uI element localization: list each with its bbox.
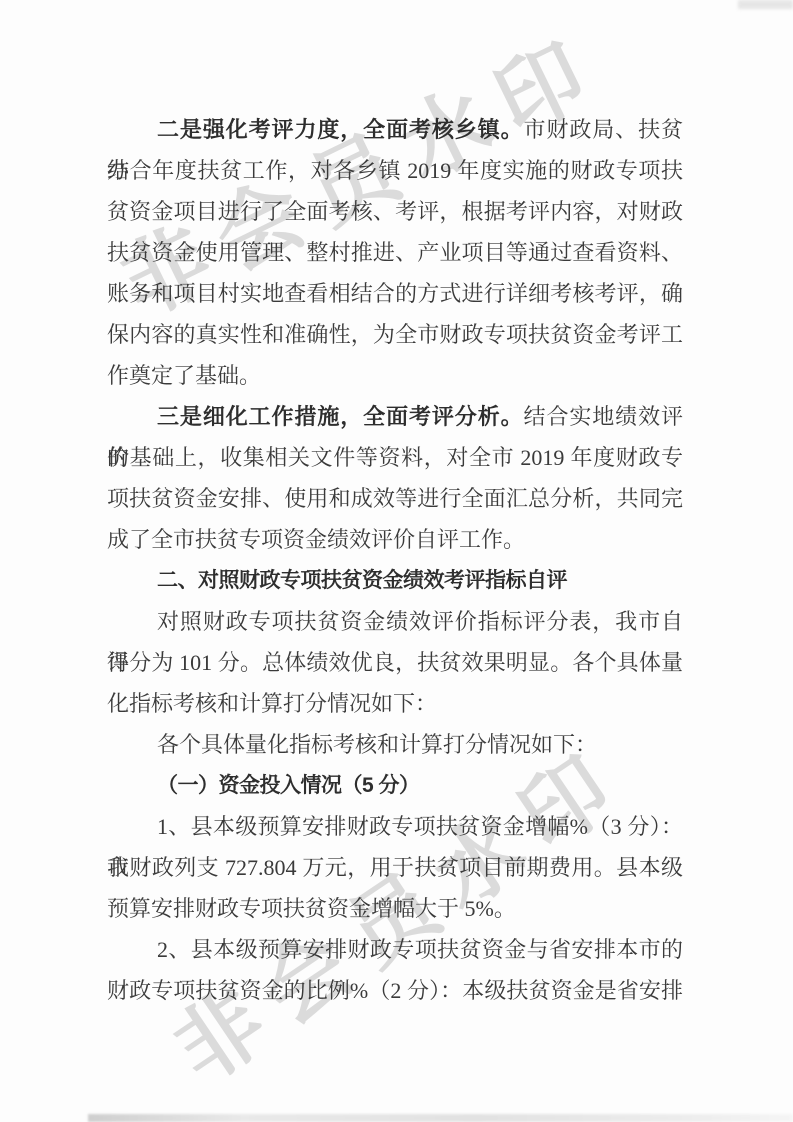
doc-line: 财政专项扶贫资金的比例%（2 分）：本级扶贫资金是省安排 xyxy=(107,970,683,1011)
text-run: 贫资金项目进行了全面考核、考评，根据考评内容，对财政 xyxy=(107,199,683,224)
doc-line: 扶贫资金使用管理、整村推进、产业项目等通过查看资料、 xyxy=(107,232,683,273)
scan-artifact-bottom-edge xyxy=(88,1114,793,1122)
text-run: 化指标考核和计算打分情况如下： xyxy=(107,691,437,716)
text-run: 2、县本级预算安排财政专项扶贫资金与省安排本市的 xyxy=(157,937,683,962)
text-run: 市财政列支 727.804 万元，用于扶贫项目前期费用。县本级 xyxy=(107,855,683,880)
scan-artifact-top-right xyxy=(738,0,793,9)
text-run: 账务和项目村实地查看相结合的方式进行详细考核考评，确 xyxy=(107,281,683,306)
doc-line: 保内容的真实性和准确性，为全市财政专项扶贫资金考评工 xyxy=(107,314,683,355)
text-run: 的基础上，收集相关文件等资料，对全市 2019 年度财政专 xyxy=(107,445,683,470)
doc-line: 市财政列支 727.804 万元，用于扶贫项目前期费用。县本级 xyxy=(107,847,683,888)
text-run: 保内容的真实性和准确性，为全市财政专项扶贫资金考评工 xyxy=(107,322,683,347)
text-run: 扶贫资金使用管理、整村推进、产业项目等通过查看资料、 xyxy=(107,240,683,265)
doc-line: 化指标考核和计算打分情况如下： xyxy=(107,683,683,724)
doc-line: 2、县本级预算安排财政专项扶贫资金与省安排本市的 xyxy=(107,929,683,970)
doc-line: 账务和项目村实地查看相结合的方式进行详细考核考评，确 xyxy=(107,273,683,314)
text-run: 项扶贫资金安排、使用和成效等进行全面汇总分析，共同完 xyxy=(107,486,683,511)
heading-text: 二、对照财政专项扶贫资金绩效考评指标自评 xyxy=(157,569,567,592)
document-body: 二是强化考评力度，全面考核乡镇。市财政局、扶贫办 结合年度扶贫工作，对各乡镇 2… xyxy=(107,109,683,1011)
doc-line: 项扶贫资金安排、使用和成效等进行全面汇总分析，共同完 xyxy=(107,478,683,519)
bold-lead-run: 三是细化工作措施，全面考评分析。 xyxy=(157,404,524,429)
text-run: 成了全市扶贫专项资金绩效评价自评工作。 xyxy=(107,527,525,552)
doc-line: 三是细化工作措施，全面考评分析。结合实地绩效评价 xyxy=(107,396,683,437)
heading-text: （一）资金投入情况（5 分） xyxy=(157,774,420,797)
text-run: 各个具体量化指标考核和计算打分情况如下： xyxy=(157,732,597,757)
doc-line: 各个具体量化指标考核和计算打分情况如下： xyxy=(107,724,683,765)
document-page: 非会员水印 非会员水印 二是强化考评力度，全面考核乡镇。市财政局、扶贫办 结合年… xyxy=(0,0,793,1122)
text-run: 财政专项扶贫资金的比例%（2 分）：本级扶贫资金是省安排 xyxy=(107,978,683,1003)
text-run: 作奠定了基础。 xyxy=(107,363,261,388)
text-run: 结合年度扶贫工作，对各乡镇 2019 年度实施的财政专项扶 xyxy=(107,158,683,183)
doc-line: 贫资金项目进行了全面考核、考评，根据考评内容，对财政 xyxy=(107,191,683,232)
doc-line: 二是强化考评力度，全面考核乡镇。市财政局、扶贫办 xyxy=(107,109,683,150)
heading-subsection-1: （一）资金投入情况（5 分） xyxy=(107,765,683,806)
text-run: 得分为 101 分。总体绩效优良，扶贫效果明显。各个具体量 xyxy=(107,650,683,675)
doc-line: 1、县本级预算安排财政专项扶贫资金增幅%（3 分）：我 xyxy=(107,806,683,847)
doc-line: 成了全市扶贫专项资金绩效评价自评工作。 xyxy=(107,519,683,560)
doc-line: 得分为 101 分。总体绩效优良，扶贫效果明显。各个具体量 xyxy=(107,642,683,683)
text-run: 预算安排财政专项扶贫资金增幅大于 5%。 xyxy=(107,896,516,921)
heading-section-2: 二、对照财政专项扶贫资金绩效考评指标自评 xyxy=(107,560,683,601)
doc-line: 作奠定了基础。 xyxy=(107,355,683,396)
doc-line: 预算安排财政专项扶贫资金增幅大于 5%。 xyxy=(107,888,683,929)
doc-line: 对照财政专项扶贫资金绩效评价指标评分表，我市自评 xyxy=(107,601,683,642)
doc-line: 结合年度扶贫工作，对各乡镇 2019 年度实施的财政专项扶 xyxy=(107,150,683,191)
bold-lead-run: 二是强化考评力度，全面考核乡镇。 xyxy=(157,117,524,142)
doc-line: 的基础上，收集相关文件等资料，对全市 2019 年度财政专 xyxy=(107,437,683,478)
